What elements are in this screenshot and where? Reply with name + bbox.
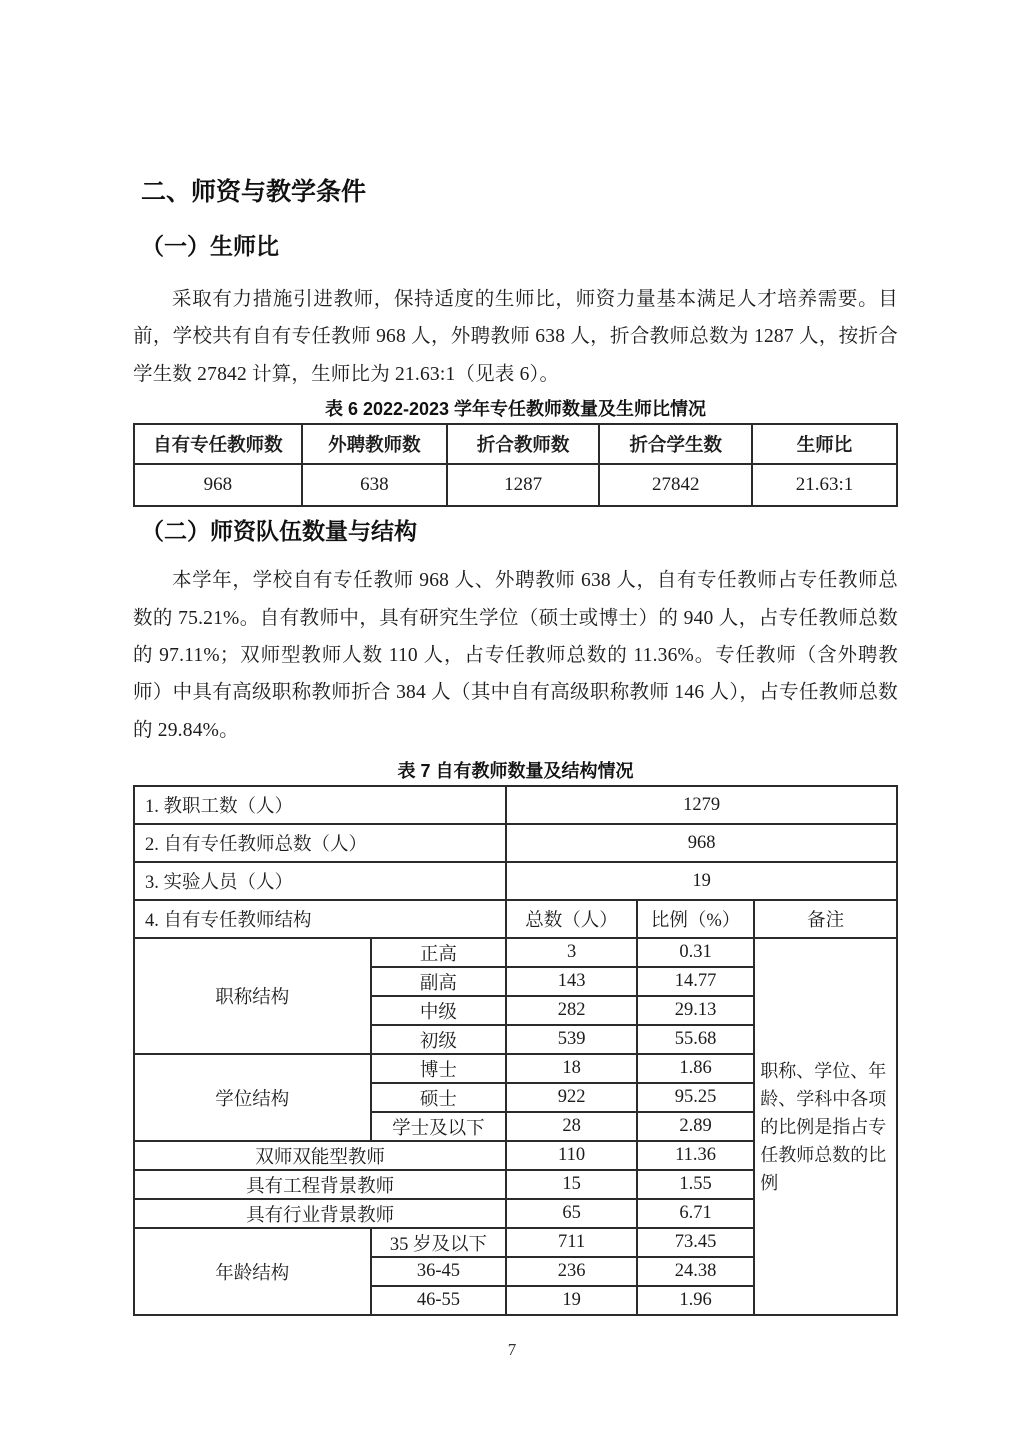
table7-ratio-age-36-45: 24.38 [637,1257,755,1286]
table6-header-row: 自有专任教师数 外聘教师数 折合教师数 折合学生数 生师比 [134,424,897,464]
table6-header-converted-students: 折合学生数 [599,424,752,464]
table7-col-total: 总数（人） [506,900,636,938]
subsection-heading-ratio: （一）生师比 [141,231,898,262]
table7-total-zhongji: 282 [506,996,636,1025]
table7-label-age-36-45: 36-45 [371,1257,507,1286]
document-page: 二、师资与教学条件 （一）生师比 采取有力措施引进教师，保持适度的生师比，师资力… [0,0,1024,1448]
table6-value-ratio: 21.63:1 [752,464,897,506]
table7-ratio-chuji: 55.68 [637,1025,755,1054]
table7-label-structure: 4. 自有专任教师结构 [134,900,506,938]
page-number: 7 [0,1340,1024,1360]
table7-note-cell: 职称、学位、年龄、学科中各项的比例是指占专任教师总数的比例 [754,938,897,1315]
table6-header-converted-teachers: 折合教师数 [447,424,600,464]
table7-total-master: 922 [506,1083,636,1112]
table7-ratio-fugao: 14.77 [637,967,755,996]
table6-header-external-teachers: 外聘教师数 [302,424,447,464]
table7-total-fugao: 143 [506,967,636,996]
document-content: 二、师资与教学条件 （一）生师比 采取有力措施引进教师，保持适度的生师比，师资力… [133,0,898,1316]
table7-total-age-36-45: 236 [506,1257,636,1286]
table7-ratio-zhongji: 29.13 [637,996,755,1025]
table6-caption: 表 6 2022-2023 学年专任教师数量及生师比情况 [133,398,898,420]
table6-header-own-teachers: 自有专任教师数 [134,424,302,464]
table7-value-own-fulltime-total: 968 [506,824,897,862]
table6-value-converted-teachers: 1287 [447,464,600,506]
paragraph-ratio: 采取有力措施引进教师，保持适度的生师比，师资力量基本满足人才培养需要。目前，学校… [133,281,898,393]
table7-label-age-46-55: 46-55 [371,1286,507,1315]
subsection-heading-structure: （二）师资队伍数量与结构 [141,516,898,547]
table7-group-age-structure: 年龄结构 [134,1228,371,1315]
table7-row-lab-staff: 3. 实验人员（人） 19 [134,862,897,900]
table6-value-row: 968 638 1287 27842 21.63:1 [134,464,897,506]
table7-group-title-structure: 职称结构 [134,938,371,1054]
table7-row-staff-total: 1. 教职工数（人） 1279 [134,786,897,824]
table7-col-ratio: 比例（%） [637,900,755,938]
table6-value-own-teachers: 968 [134,464,302,506]
table7-label-engineering-background: 具有工程背景教师 [134,1170,506,1199]
table7-label-fugao: 副高 [371,967,507,996]
table7-label-master: 硕士 [371,1083,507,1112]
table7-label-lab-staff: 3. 实验人员（人） [134,862,506,900]
table7-total-industry-background: 65 [506,1199,636,1228]
table7-structure-header-row: 4. 自有专任教师结构 总数（人） 比例（%） 备注 [134,900,897,938]
table7-ratio-zhenggao: 0.31 [637,938,755,967]
table7-label-age-under35: 35 岁及以下 [371,1228,507,1257]
table7-total-bachelor: 28 [506,1112,636,1141]
table7-total-engineering-background: 15 [506,1170,636,1199]
table7-label-zhenggao: 正高 [371,938,507,967]
table7-label-bachelor: 学士及以下 [371,1112,507,1141]
table6-value-converted-students: 27842 [599,464,752,506]
table7-col-note: 备注 [754,900,897,938]
table7-value-staff-total: 1279 [506,786,897,824]
section-heading: 二、师资与教学条件 [141,176,898,209]
table7-ratio-age-46-55: 1.96 [637,1286,755,1315]
table7-ratio-doctor: 1.86 [637,1054,755,1083]
table6-header-ratio: 生师比 [752,424,897,464]
table7-ratio-industry-background: 6.71 [637,1199,755,1228]
table7-ratio-age-under35: 73.45 [637,1228,755,1257]
table6: 自有专任教师数 外聘教师数 折合教师数 折合学生数 生师比 968 638 12… [133,423,898,507]
table7-label-doctor: 博士 [371,1054,507,1083]
table7-label-staff-total: 1. 教职工数（人） [134,786,506,824]
table7-total-doctor: 18 [506,1054,636,1083]
table7-label-chuji: 初级 [371,1025,507,1054]
paragraph-structure: 本学年，学校自有专任教师 968 人、外聘教师 638 人，自有专任教师占专任教… [133,562,898,749]
table7-total-age-46-55: 19 [506,1286,636,1315]
table7-total-chuji: 539 [506,1025,636,1054]
table7-group-degree-structure: 学位结构 [134,1054,371,1141]
table7-label-zhongji: 中级 [371,996,507,1025]
table7-total-double-qualified: 110 [506,1141,636,1170]
table7-row-title-zhenggao: 职称结构 正高 3 0.31 职称、学位、年龄、学科中各项的比例是指占专任教师总… [134,938,897,967]
table7-ratio-double-qualified: 11.36 [637,1141,755,1170]
table7-ratio-bachelor: 2.89 [637,1112,755,1141]
table7-row-own-fulltime-total: 2. 自有专任教师总数（人） 968 [134,824,897,862]
table7-ratio-master: 95.25 [637,1083,755,1112]
table7-total-age-under35: 711 [506,1228,636,1257]
table7-ratio-engineering-background: 1.55 [637,1170,755,1199]
table7: 1. 教职工数（人） 1279 2. 自有专任教师总数（人） 968 3. 实验… [133,785,898,1316]
table7-total-zhenggao: 3 [506,938,636,967]
table7-caption: 表 7 自有教师数量及结构情况 [133,760,898,782]
table7-label-double-qualified: 双师双能型教师 [134,1141,506,1170]
table6-value-external-teachers: 638 [302,464,447,506]
table7-label-own-fulltime-total: 2. 自有专任教师总数（人） [134,824,506,862]
table7-value-lab-staff: 19 [506,862,897,900]
table7-label-industry-background: 具有行业背景教师 [134,1199,506,1228]
